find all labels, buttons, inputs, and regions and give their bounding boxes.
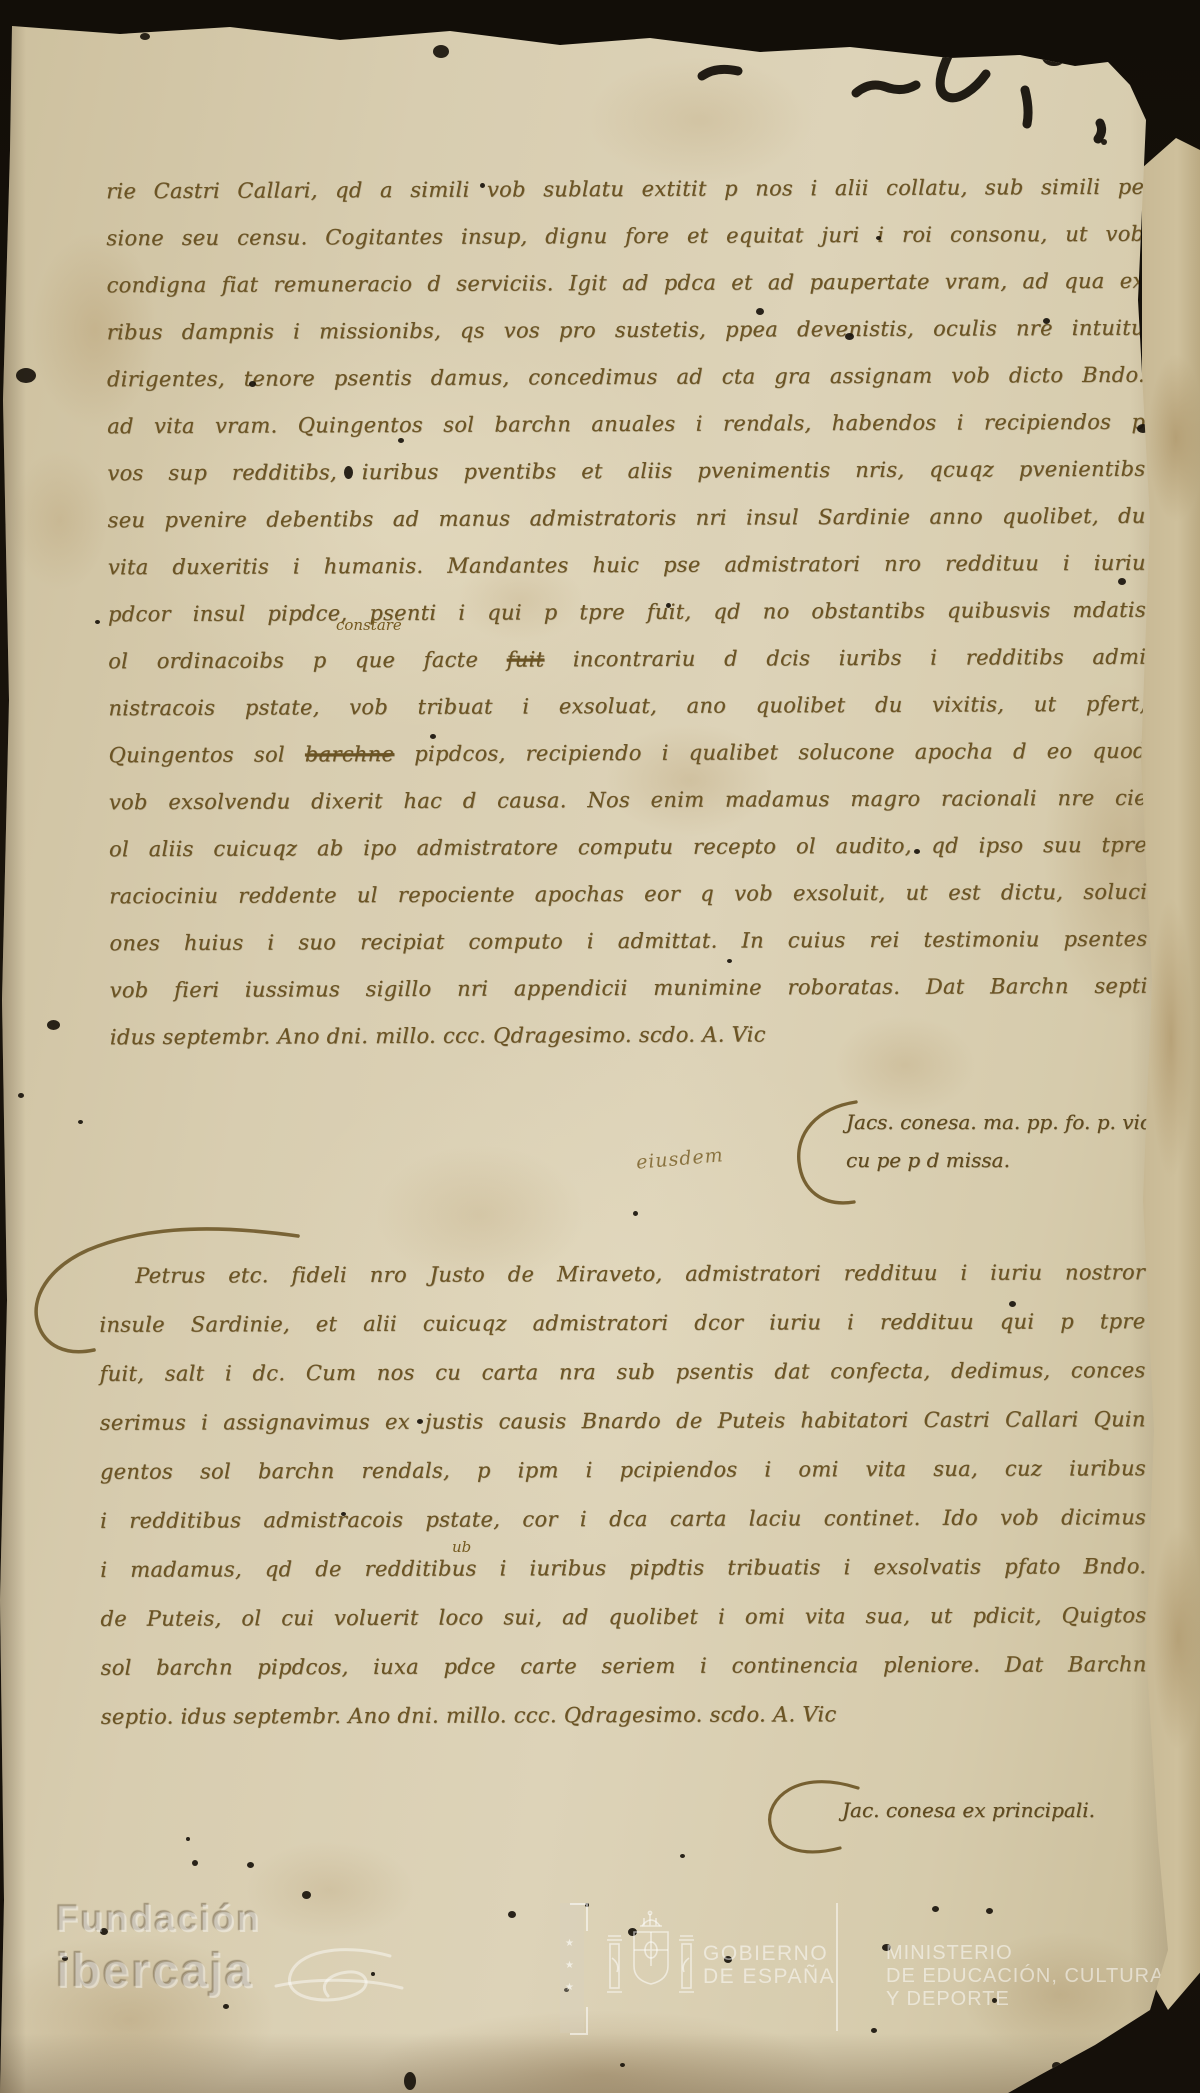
manuscript-line: seu pvenire debentibs ad manus admistrat… [107,493,1145,545]
ink-blot [724,1956,732,1963]
ink-blot [433,45,449,58]
star-icon: ★ [565,1960,574,1971]
ink-blot [223,2004,229,2009]
ibercaja-watermark-line1: Fundación [56,1898,261,1940]
ink-blot [249,381,256,387]
manuscript-line: pdcor insul pipdce, psenti i qui p tpre … [108,587,1146,639]
ink-blot [932,1906,939,1912]
star-icon: ★ [565,1982,574,1993]
gobierno-line2: DE ESPAÑA [703,1965,835,1988]
ink-blot [871,2028,877,2033]
ink-blot [371,1972,375,1976]
chancery-note-2: Jac. conesa ex principali. [842,1798,1095,1822]
ink-blot [620,2063,625,2067]
ink-blot [480,183,485,188]
ink-blot [914,849,920,854]
interlinear-correction-2: ub [452,1538,471,1556]
manuscript-line: i redditibus admistracois pstate, cor i … [100,1493,1146,1546]
manuscript-line: ad vita vram. Quingentos sol barchn anua… [107,399,1145,451]
ink-blot [508,1911,516,1918]
ink-blot [756,308,764,315]
document-2-text-block: Petrus etc. fideli nro Justo de Miraveto… [99,1248,1147,1742]
ink-blot [341,1512,346,1516]
gobierno-watermark: GOBIERNO DE ESPAÑA [703,1942,835,1988]
manuscript-line: nistracois pstate, vob tribuat i exsolua… [108,681,1146,733]
ink-blot [876,236,881,240]
manuscript-line: vob fieri iussimus sigillo nri appendici… [110,963,1148,1015]
ink-blot [247,1862,254,1868]
manuscript-line: septio. idus septembr. Ano dni. millo. c… [101,1689,1147,1742]
manuscript-line: ol ordinacoibs p que facte fuit incontra… [108,634,1146,686]
spain-coat-of-arms-icon [598,1910,703,2018]
ink-blot [18,1093,24,1098]
struck-word: barchne [305,742,394,766]
ink-blot [398,438,404,443]
manuscript-line: idus septembr. Ano dni. millo. ccc. Qdra… [110,1010,1148,1062]
manuscript-line: sione seu censu. Cogitantes insup, dignu… [106,211,1144,263]
manuscript-line: ones huius i suo recipiat computo i admi… [109,916,1147,968]
ink-blot [680,1854,685,1858]
ink-blot [633,1211,638,1216]
manuscript-line: de Puteis, ol cui voluerit loco sui, ad … [100,1591,1146,1644]
ink-blot [1118,578,1126,585]
ink-blot [882,1944,891,1951]
chancery-note-1-line1: Jacs. conesa. ma. pp. fo. p. vic [846,1110,1151,1134]
ibercaja-swirl-icon [268,1940,408,2020]
gobierno-bracket-top [570,1903,588,1931]
gobierno-bracket-bottom [570,2007,588,2035]
ministerio-watermark: MINISTERIO DE EDUCACIÓN, CULTURA Y DEPOR… [886,1942,1164,2011]
ink-blot [344,466,353,479]
ink-blot [727,959,732,963]
ink-blot [47,1020,60,1030]
manuscript-line: sol barchn pipdcos, iuxa pdce carte seri… [101,1640,1147,1693]
ink-blot [666,603,671,608]
ink-blot [992,1998,997,2003]
struck-word: fuit [507,647,545,671]
chancery-note-1-line2: cu pe p d missa. [846,1148,1151,1172]
gobierno-line1: GOBIERNO [703,1942,835,1965]
ink-blot [417,1419,423,1424]
manuscript-line: serimus i assignavimus ex justis causis … [100,1395,1146,1448]
manuscript-line: dirigentes, tenore psentis damus, conced… [107,352,1145,404]
manuscript-line: ol aliis cuicuqz ab ipo admistratore com… [109,822,1147,874]
chancery-note-2-line1: Jac. conesa ex principali. [842,1798,1095,1822]
ink-blot [16,368,36,383]
manuscript-line: Petrus etc. fideli nro Justo de Miraveto… [99,1248,1145,1301]
ink-blot [404,2072,416,2090]
ink-blot [1009,1301,1016,1307]
manuscript-line: vita duxeritis i humanis. Mandantes huic… [108,540,1146,592]
manuscript-line: gentos sol barchn rendals, p ipm i pcipi… [100,1444,1146,1497]
manuscript-line: vob exsolvendu dixerit hac d causa. Nos … [109,775,1147,827]
star-icon: ★ [565,1938,574,1949]
manuscript-line: fuit, salt i dc. Cum nos cu carta nra su… [99,1346,1145,1399]
ink-blot [986,1908,993,1914]
manuscript-line: vos sup redditibs, iuribus pventibs et a… [107,446,1145,498]
ministerio-line2: DE EDUCACIÓN, CULTURA [886,1965,1164,1988]
ink-blot [62,1956,68,1961]
ink-blot [845,333,854,340]
ink-blot [302,1891,311,1899]
watermark-divider [836,1903,838,2031]
ink-blot [186,1837,190,1841]
manuscript-page: rie Castri Callari, qd a simili vob subl… [0,0,1200,2093]
ink-blot [628,1928,637,1936]
ministerio-line3: Y DEPORTE [886,1988,1164,2011]
document-1-text-block: rie Castri Callari, qd a simili vob subl… [106,164,1148,1062]
ibercaja-watermark-line2: ibercaja [56,1944,253,1999]
ink-blot [1101,139,1107,145]
marginal-word: eiusdem [635,1144,724,1174]
ink-blot [78,1120,83,1124]
ink-blot [430,734,436,739]
ministerio-line1: MINISTERIO [886,1942,1164,1965]
manuscript-line: Quingentos sol barchne pipdcos, recipien… [109,728,1147,780]
ink-blot [140,33,150,40]
manuscript-line: condigna fiat remuneracio d serviciis. I… [106,258,1144,310]
manuscript-line: i madamus, qd de redditibus i iuribus pi… [100,1542,1146,1595]
manuscript-line: insule Sardinie, et alii cuicuqz admistr… [99,1297,1145,1350]
manuscript-line: rie Castri Callari, qd a simili vob subl… [106,164,1144,216]
manuscript-line: raciociniu reddente ul repociente apocha… [109,869,1147,921]
ink-blot [100,1928,108,1935]
interlinear-correction: constare [336,616,402,634]
chancery-note-1: Jacs. conesa. ma. pp. fo. p. vic cu pe p… [846,1110,1151,1172]
ink-blot [1043,318,1050,324]
manuscript-line: ribus dampnis i missionibs, qs vos pro s… [107,305,1145,357]
ink-blot [192,1860,198,1866]
ink-blot [95,620,100,624]
